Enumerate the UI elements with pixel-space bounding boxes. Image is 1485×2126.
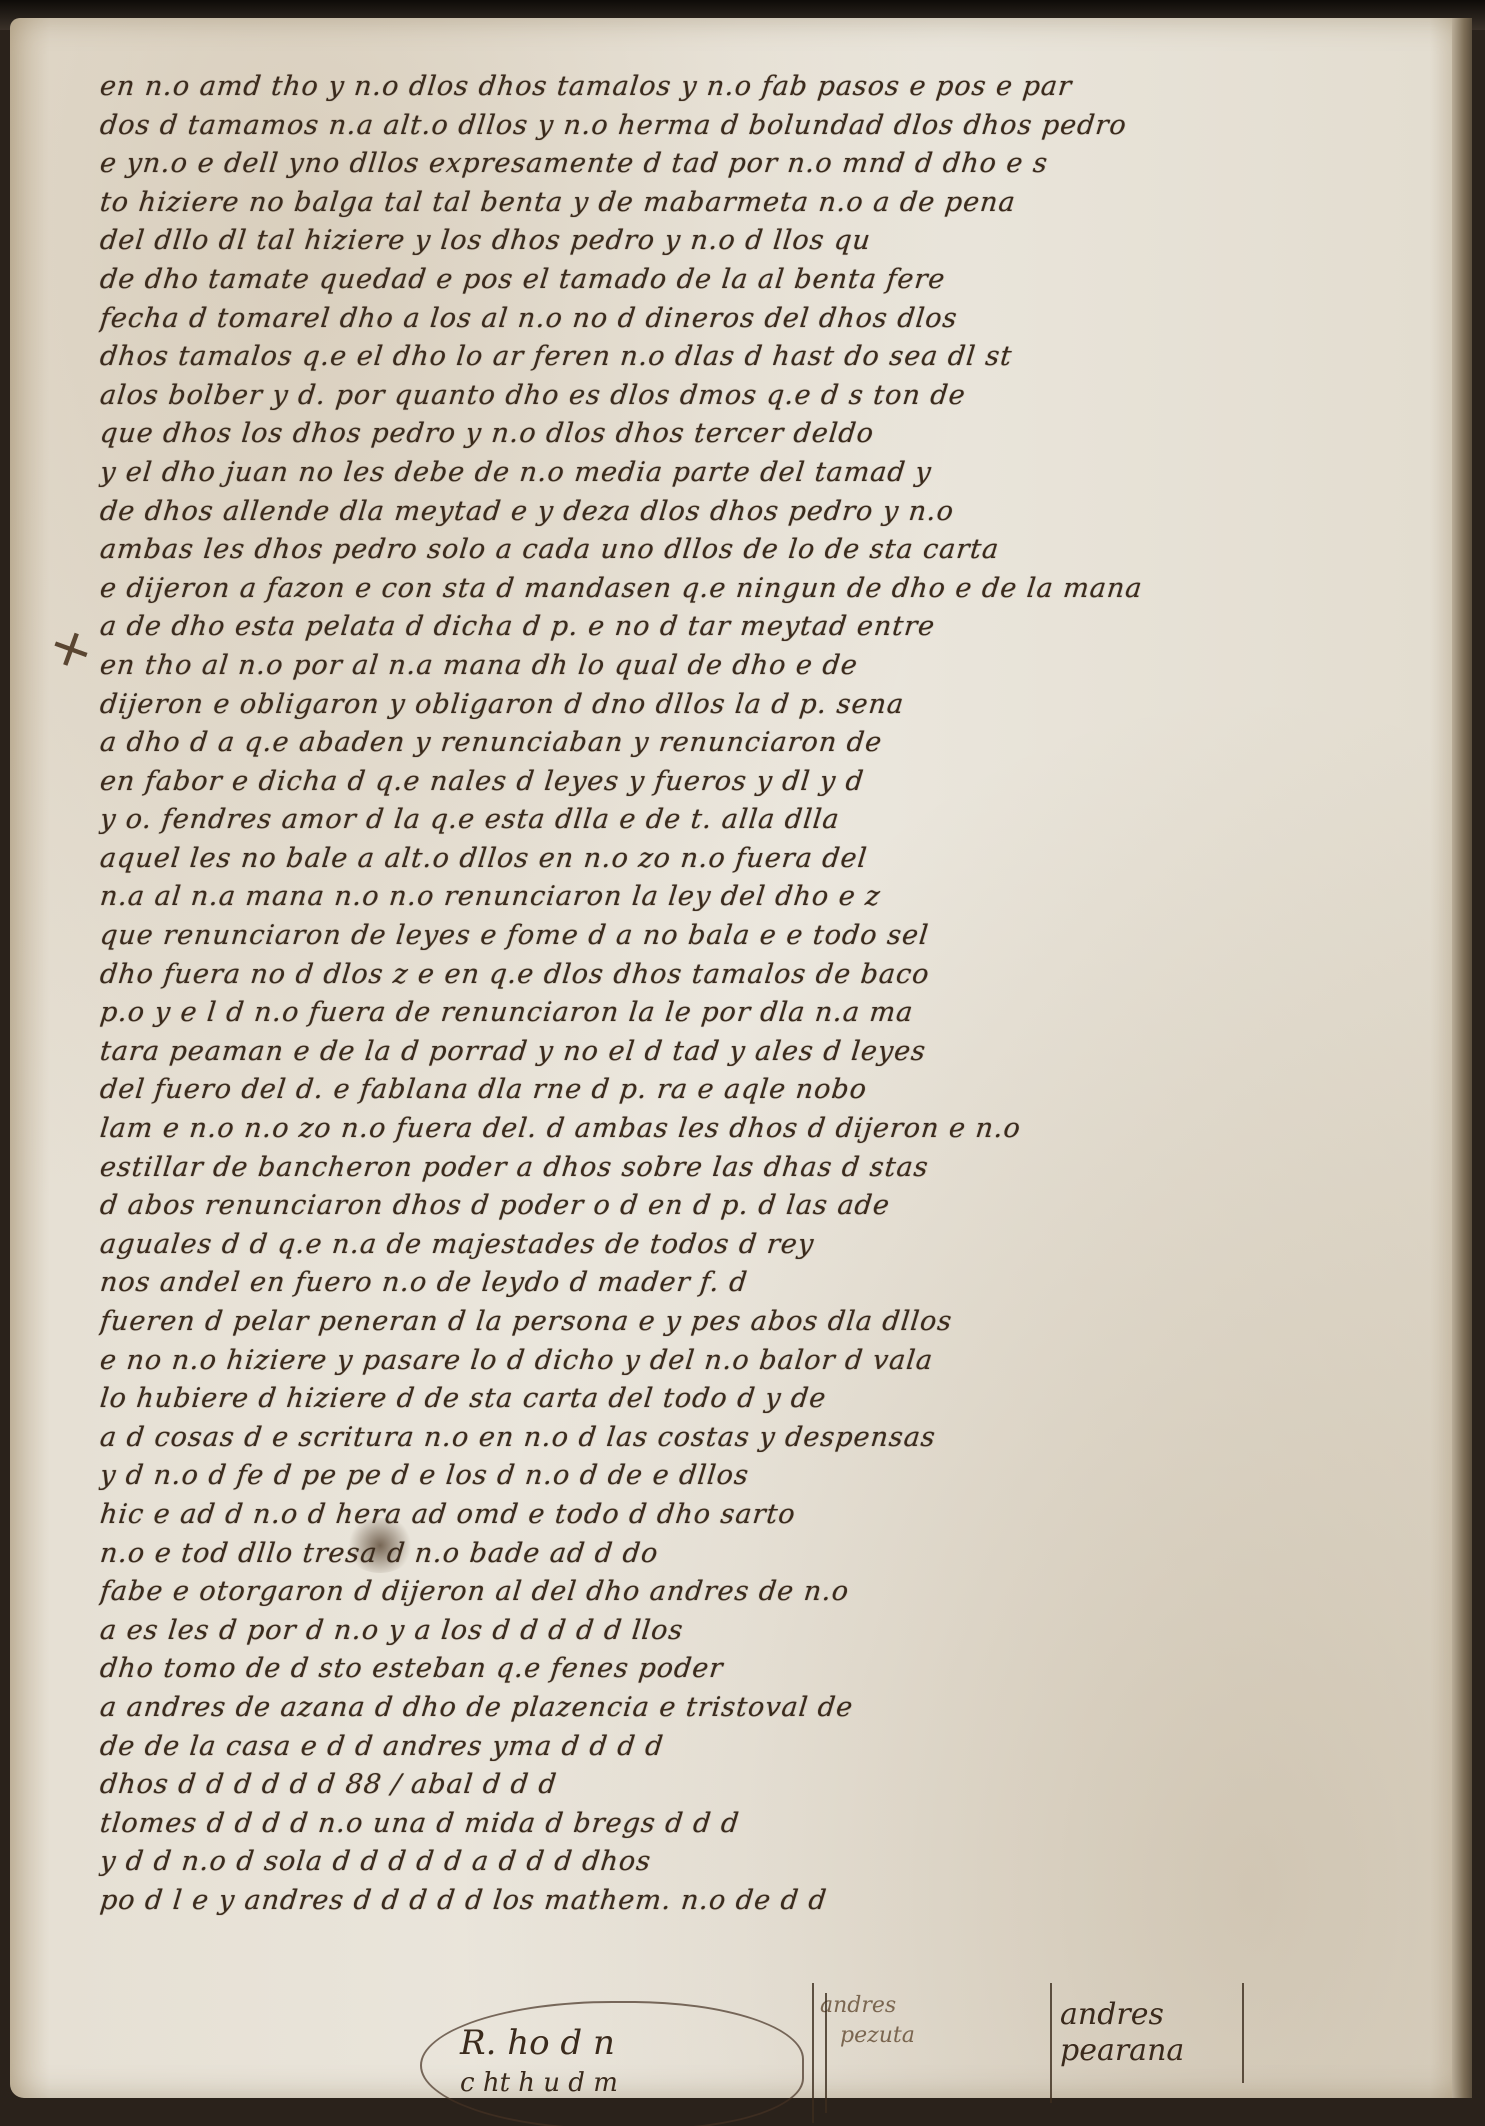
signature-3-rubric-b [1242, 1983, 1244, 2083]
signature-1-line-2: c ht h u d m [460, 2068, 618, 2098]
signature-rubric-oval [420, 2001, 804, 2126]
signatures-area: R. ho d n c ht h u d m andres pezuta and… [400, 1983, 1300, 2126]
margin-cross-mark: ✕ [42, 617, 100, 682]
manuscript-line: dos d tamamos n.a alt.o dllos y n.o herm… [98, 107, 1422, 146]
manuscript-line: to hiziere no balga tal tal benta y de m… [98, 184, 1422, 223]
manuscript-line: y d d n.o d sola d d d d d a d d d dhos [98, 1843, 1422, 1882]
manuscript-line: del fuero del d. e fablana dla rne d p. … [98, 1071, 1422, 1110]
manuscript-line: e dijeron a fazon e con sta d mandasen q… [98, 570, 1422, 609]
binding-edge [1452, 18, 1472, 2098]
manuscript-line: de dhos allende dla meytad e y deza dlos… [98, 493, 1422, 532]
manuscript-line: en fabor e dicha d q.e nales d leyes y f… [98, 763, 1422, 802]
manuscript-line: e no n.o hiziere y pasare lo d dicho y d… [98, 1342, 1422, 1381]
manuscript-line: dho tomo de d sto esteban q.e fenes pode… [98, 1650, 1422, 1689]
manuscript-line: fabe e otorgaron d dijeron al del dho an… [98, 1573, 1422, 1612]
manuscript-line: y el dho juan no les debe de n.o media p… [98, 454, 1422, 493]
manuscript-line: tara peaman e de la d porrad y no el d t… [98, 1033, 1422, 1072]
manuscript-line: estillar de bancheron poder a dhos sobre… [98, 1149, 1422, 1188]
manuscript-line: a dho d a q.e abaden y renunciaban y ren… [98, 724, 1422, 763]
manuscript-line: dijeron e obligaron y obligaron d dno dl… [98, 686, 1422, 725]
manuscript-line: que renunciaron de leyes e fome d a no b… [98, 917, 1422, 956]
signature-andres-line-1: andres [1060, 1997, 1164, 2032]
manuscript-line: p.o y e l d n.o fuera de renunciaron la … [98, 994, 1422, 1033]
manuscript-line: dhos tamalos q.e el dho lo ar feren n.o … [98, 338, 1422, 377]
manuscript-line: a d cosas d e scritura n.o en n.o d las … [98, 1419, 1422, 1458]
manuscript-line: dho fuera no d dlos z e en q.e dlos dhos… [98, 956, 1422, 995]
manuscript-line: y d n.o d fe d pe pe d e los d n.o d de … [98, 1457, 1422, 1496]
signature-2-line-1: andres [820, 1993, 896, 2018]
manuscript-line: de dho tamate quedad e pos el tamado de … [98, 261, 1422, 300]
manuscript-line: lo hubiere d hiziere d de sta carta del … [98, 1380, 1422, 1419]
manuscript-line: n.o e tod dllo tresa d n.o bade ad d do [98, 1535, 1422, 1574]
manuscript-line: dhos d d d d d d 88 / abal d d d [98, 1766, 1422, 1805]
manuscript-line: del dllo dl tal hiziere y los dhos pedro… [98, 222, 1422, 261]
manuscript-line: hic e ad d n.o d hera ad omd e todo d dh… [98, 1496, 1422, 1535]
manuscript-line: en tho al n.o por al n.a mana dh lo qual… [98, 647, 1422, 686]
manuscript-line: aguales d d q.e n.a de majestades de tod… [98, 1226, 1422, 1265]
manuscript-line: ambas les dhos pedro solo a cada uno dll… [98, 531, 1422, 570]
manuscript-line: a es les d por d n.o y a los d d d d d l… [98, 1612, 1422, 1651]
manuscript-line: n.a al n.a mana n.o n.o renunciaron la l… [98, 878, 1422, 917]
manuscript-line: po d l e y andres d d d d d los mathem. … [98, 1882, 1422, 1921]
manuscript-line: que dhos los dhos pedro y n.o dlos dhos … [98, 415, 1422, 454]
manuscript-line: a de dho esta pelata d dicha d p. e no d… [98, 608, 1422, 647]
manuscript-line: lam e n.o n.o zo n.o fuera del. d ambas … [98, 1110, 1422, 1149]
manuscript-line: fecha d tomarel dho a los al n.o no d di… [98, 300, 1422, 339]
manuscript-line: nos andel en fuero n.o de leydo d mader … [98, 1264, 1422, 1303]
manuscript-line: alos bolber y d. por quanto dho es dlos … [98, 377, 1422, 416]
signature-2-rubric [812, 1983, 814, 2123]
handwritten-text-block: en n.o amd tho y n.o dlos dhos tamalos y… [100, 68, 1420, 1921]
manuscript-line: y o. fendres amor d la q.e esta dlla e d… [98, 801, 1422, 840]
manuscript-line: en n.o amd tho y n.o dlos dhos tamalos y… [98, 68, 1422, 107]
manuscript-line: e yn.o e dell yno dllos expresamente d t… [98, 145, 1422, 184]
manuscript-line: fueren d pelar peneran d la persona e y … [98, 1303, 1422, 1342]
signature-2-line-2: pezuta [840, 2023, 915, 2048]
manuscript-line: a andres de azana d dho de plazencia e t… [98, 1689, 1422, 1728]
manuscript-line: d abos renunciaron dhos d poder o d en d… [98, 1187, 1422, 1226]
signature-2-rubric-b [825, 1993, 827, 2113]
signature-andres-line-2: pearana [1060, 2033, 1184, 2068]
signature-1-line-1: R. ho d n [460, 2023, 615, 2063]
manuscript-line: tlomes d d d d n.o una d mida d bregs d … [98, 1805, 1422, 1844]
manuscript-line: de de la casa e d d andres yma d d d d [98, 1728, 1422, 1767]
manuscript-line: aquel les no bale a alt.o dllos en n.o z… [98, 840, 1422, 879]
signature-3-rubric [1050, 1983, 1052, 2103]
manuscript-scan: ✕ en n.o amd tho y n.o dlos dhos tamalos… [0, 0, 1485, 2126]
manuscript-page: ✕ en n.o amd tho y n.o dlos dhos tamalos… [10, 18, 1472, 2098]
